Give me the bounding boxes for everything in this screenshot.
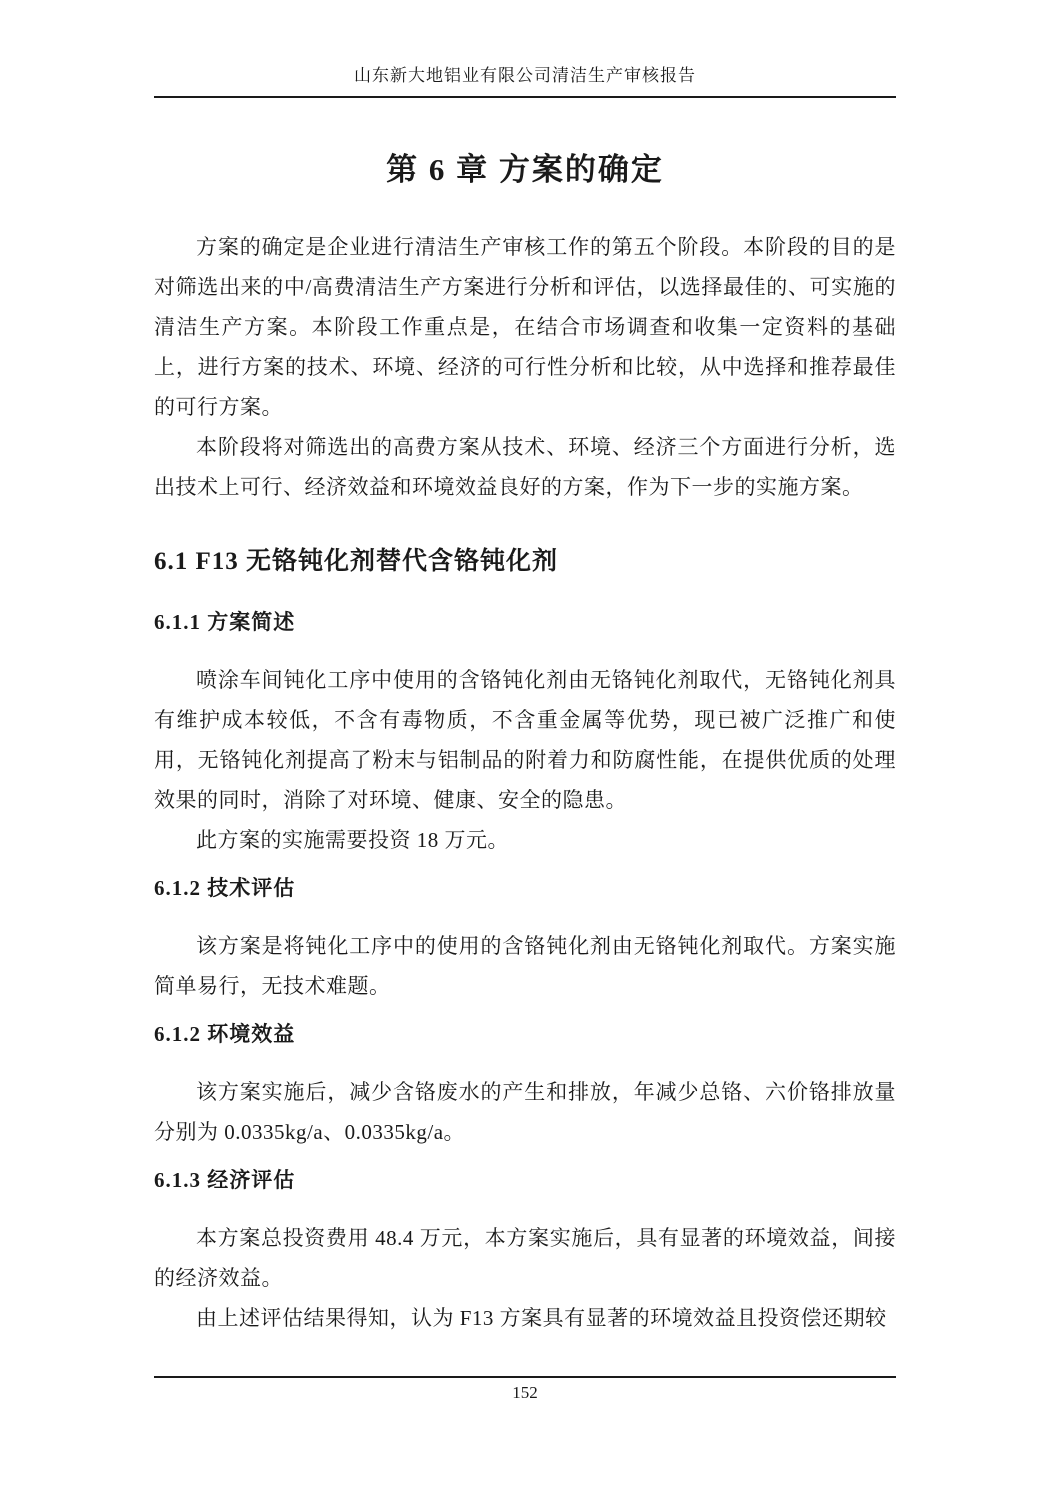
- subsection-6-1-2-tech-paragraph-1: 该方案是将钝化工序中的使用的含铬钝化剂由无铬钝化剂取代。方案实施简单易行，无技术…: [154, 926, 896, 1006]
- subsection-6-1-1-paragraph-2: 此方案的实施需要投资 18 万元。: [154, 820, 896, 860]
- page-header: 山东新大地铝业有限公司清洁生产审核报告: [154, 0, 896, 98]
- running-header-title: 山东新大地铝业有限公司清洁生产审核报告: [154, 64, 896, 96]
- subsection-6-1-3-paragraph-1: 本方案总投资费用 48.4 万元，本方案实施后，具有显著的环境效益，间接的经济效…: [154, 1218, 896, 1298]
- document-page: 山东新大地铝业有限公司清洁生产审核报告 第 6 章 方案的确定 方案的确定是企业…: [0, 0, 1050, 1485]
- subsection-6-1-2-env-paragraph-1: 该方案实施后，减少含铬废水的产生和排放，年减少总铬、六价铬排放量分别为 0.03…: [154, 1072, 896, 1152]
- page-footer: 152: [154, 1376, 896, 1403]
- section-heading-6-1: 6.1 F13 无铬钝化剂替代含铬钝化剂: [154, 540, 896, 584]
- intro-paragraph-1: 方案的确定是企业进行清洁生产审核工作的第五个阶段。本阶段的目的是对筛选出来的中/…: [154, 227, 896, 427]
- page-content: 第 6 章 方案的确定 方案的确定是企业进行清洁生产审核工作的第五个阶段。本阶段…: [154, 150, 896, 1338]
- subsection-heading-6-1-3: 6.1.3 经济评估: [154, 1160, 896, 1200]
- subsection-heading-6-1-2-tech: 6.1.2 技术评估: [154, 868, 896, 908]
- subsection-heading-6-1-1: 6.1.1 方案简述: [154, 602, 896, 642]
- intro-paragraph-2: 本阶段将对筛选出的高费方案从技术、环境、经济三个方面进行分析，选出技术上可行、经…: [154, 427, 896, 507]
- page-number: 152: [154, 1378, 896, 1403]
- subsection-heading-6-1-2-env: 6.1.2 环境效益: [154, 1014, 896, 1054]
- chapter-title: 第 6 章 方案的确定: [154, 150, 896, 190]
- subsection-6-1-1-paragraph-1: 喷涂车间钝化工序中使用的含铬钝化剂由无铬钝化剂取代，无铬钝化剂具有维护成本较低，…: [154, 660, 896, 820]
- subsection-6-1-3-paragraph-2: 由上述评估结果得知，认为 F13 方案具有显著的环境效益且投资偿还期较: [154, 1298, 896, 1338]
